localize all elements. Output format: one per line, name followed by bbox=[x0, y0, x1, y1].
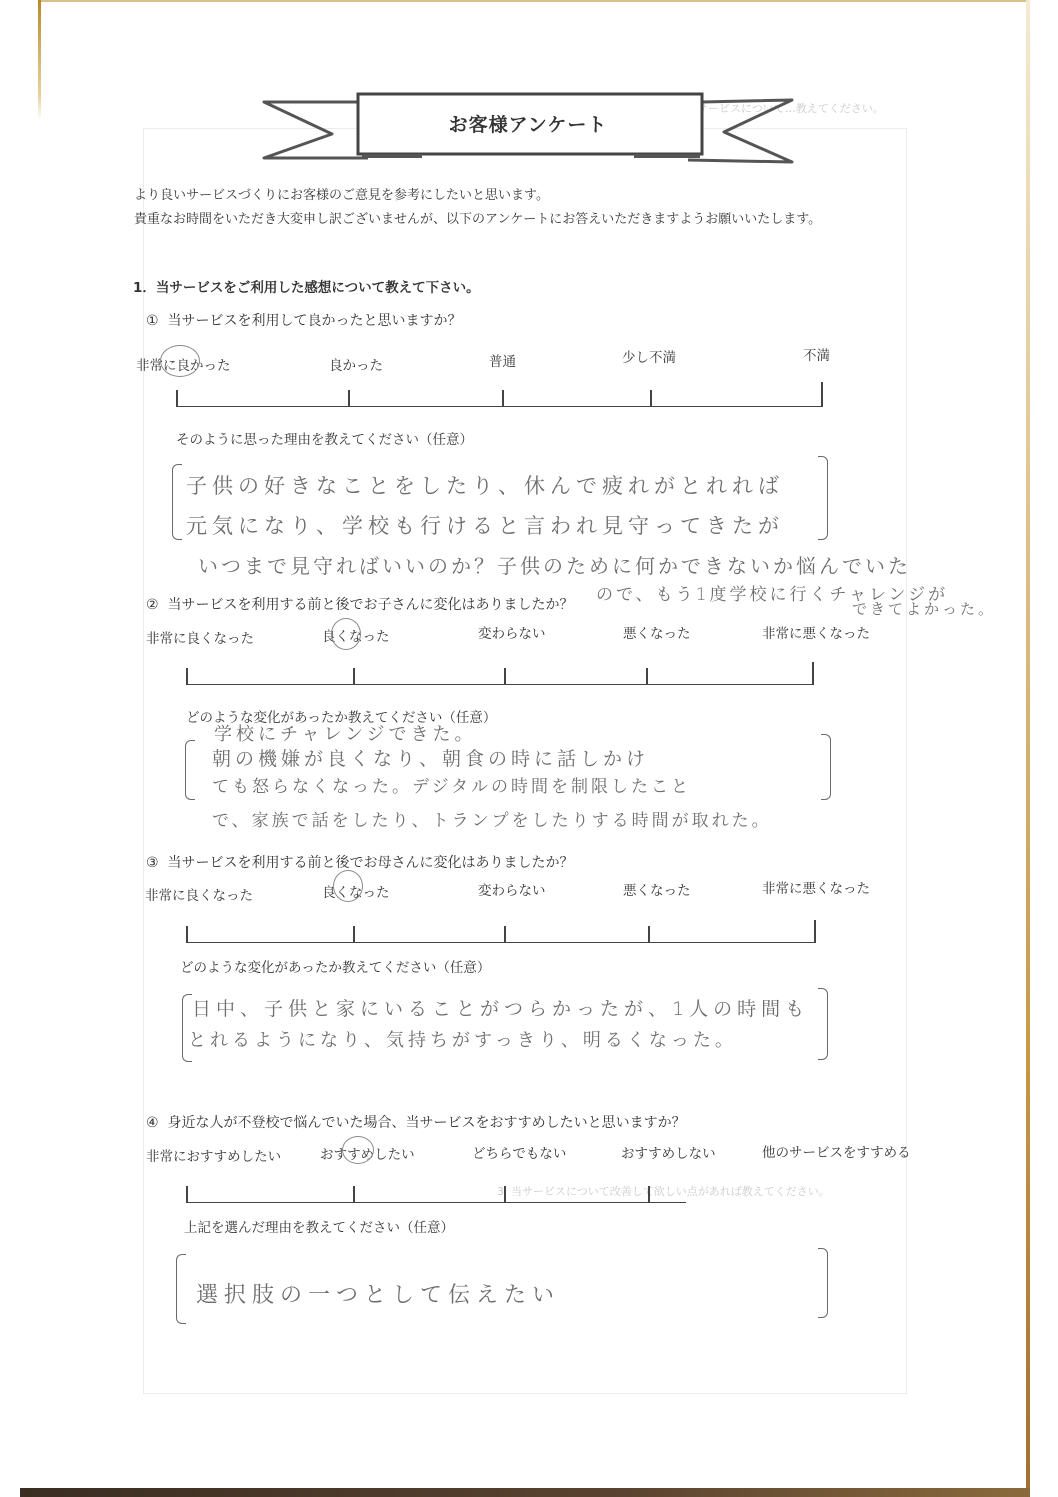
answer-line[interactable]: 日中、子供と家にいることがつらかったが、1人の時間も bbox=[192, 994, 809, 1021]
option-average[interactable]: 普通 bbox=[489, 350, 516, 370]
bracket-right bbox=[821, 734, 831, 800]
reason-prompt: そのように思った理由を教えてください（任意） bbox=[176, 428, 473, 448]
answer-line[interactable]: 子供の好きなことをしたり、休んで疲れがとれれば bbox=[186, 470, 784, 500]
selection-circle bbox=[333, 870, 363, 902]
bracket-right bbox=[818, 988, 828, 1060]
option-worse[interactable]: 悪くなった bbox=[623, 879, 691, 899]
page-title: お客様アンケート bbox=[358, 110, 698, 137]
bracket-left bbox=[172, 464, 182, 540]
bracket-left bbox=[185, 740, 195, 800]
question-number: ① bbox=[146, 313, 159, 329]
answer-line[interactable]: 学校にチャレンジできた。 bbox=[214, 720, 477, 746]
question-number: ④ bbox=[146, 1115, 159, 1131]
option-much-better[interactable]: 非常に良くなった bbox=[145, 884, 253, 904]
question-number: ② bbox=[146, 597, 159, 613]
option-not-recommend[interactable]: おすすめしない bbox=[621, 1142, 716, 1162]
rating-scale[interactable] bbox=[186, 926, 816, 943]
intro-line-1: より良いサービスづくりにお客様のご意見を参考にしたいと思います。 bbox=[134, 184, 549, 203]
paper-edge-left bbox=[38, 0, 41, 120]
rating-scale[interactable] bbox=[186, 668, 814, 685]
option-slightly-dissatisfied[interactable]: 少し不満 bbox=[622, 346, 676, 366]
question-4: ④ 身近な人が不登校で悩んでいた場合、当サービスをおすすめしたいと思いますか？ bbox=[146, 1112, 686, 1132]
reason-prompt: どのような変化があったか教えてください（任意） bbox=[180, 956, 490, 976]
bracket-right bbox=[818, 456, 828, 540]
option-neutral[interactable]: どちらでもない bbox=[472, 1142, 566, 1162]
selection-circle bbox=[342, 1136, 374, 1164]
option-no-change[interactable]: 変わらない bbox=[478, 622, 546, 642]
option-recommend-other[interactable]: 他のサービスをすすめる bbox=[762, 1141, 911, 1161]
option-no-change[interactable]: 変わらない bbox=[478, 879, 546, 899]
question-text: 当サービスを利用して良かったと思いますか？ bbox=[167, 313, 461, 329]
option-much-better[interactable]: 非常に良くなった bbox=[146, 627, 254, 647]
answer-line[interactable]: で、家族で話をしたり、トランプをしたりする時間が取れた。 bbox=[212, 806, 772, 831]
selection-circle bbox=[331, 618, 361, 650]
option-highly-recommend[interactable]: 非常におすすめしたい bbox=[146, 1145, 281, 1165]
option-much-worse[interactable]: 非常に悪くなった bbox=[762, 622, 870, 642]
answer-line[interactable]: できてよかった。 bbox=[852, 598, 996, 619]
intro-line-2: 貴重なお時間をいただき大変申し訳ございませんが、以下のアンケートにお答えいただき… bbox=[134, 208, 821, 227]
rating-scale[interactable] bbox=[186, 1186, 686, 1203]
question-1: ① 当サービスを利用して良かったと思いますか？ bbox=[146, 310, 461, 330]
option-much-worse[interactable]: 非常に悪くなった bbox=[762, 877, 870, 897]
title-ribbon: お客様アンケート bbox=[262, 88, 794, 164]
answer-line[interactable]: 朝の機嫌が良くなり、朝食の時に話しかけ bbox=[212, 744, 649, 771]
answer-line[interactable]: ても怒らなくなった。デジタルの時間を制限したこと bbox=[212, 772, 691, 797]
answer-line[interactable]: とれるようになり、気持ちがすっきり、明るくなった。 bbox=[188, 1026, 737, 1052]
selection-circle bbox=[160, 345, 200, 377]
option-dissatisfied[interactable]: 不満 bbox=[803, 344, 830, 364]
bracket-right bbox=[818, 1248, 828, 1318]
answer-line[interactable]: 選択肢の一つとして伝えたい bbox=[196, 1278, 560, 1309]
answer-line[interactable]: 元気になり、学校も行けると言われ見守ってきたが bbox=[186, 510, 784, 540]
option-worse[interactable]: 悪くなった bbox=[623, 622, 691, 642]
paper-edge-top bbox=[38, 0, 1028, 2]
bracket-left bbox=[176, 1254, 186, 1324]
question-text: 当サービスを利用する前と後でお子さんに変化はありましたか？ bbox=[167, 597, 573, 613]
question-number: ③ bbox=[146, 855, 159, 871]
reason-prompt: 上記を選んだ理由を教えてください（任意） bbox=[184, 1216, 454, 1236]
paper-edge-bottom bbox=[20, 1488, 1030, 1497]
rating-scale[interactable] bbox=[176, 390, 823, 407]
question-3: ③ 当サービスを利用する前と後でお母さんに変化はありましたか？ bbox=[146, 852, 573, 872]
section-title: 1．当サービスをご利用した感想について教えて下さい。 bbox=[133, 276, 480, 296]
question-2: ② 当サービスを利用する前と後でお子さんに変化はありましたか？ bbox=[146, 594, 573, 614]
question-text: 身近な人が不登校で悩んでいた場合、当サービスをおすすめしたいと思いますか？ bbox=[167, 1115, 685, 1131]
question-text: 当サービスを利用する前と後でお母さんに変化はありましたか？ bbox=[167, 855, 573, 871]
option-good[interactable]: 良かった bbox=[329, 354, 383, 374]
paper-edge-right bbox=[1026, 0, 1030, 1497]
answer-line[interactable]: いつまで見守ればいいのか？子供のために何かできないか悩んでいた bbox=[198, 550, 911, 579]
